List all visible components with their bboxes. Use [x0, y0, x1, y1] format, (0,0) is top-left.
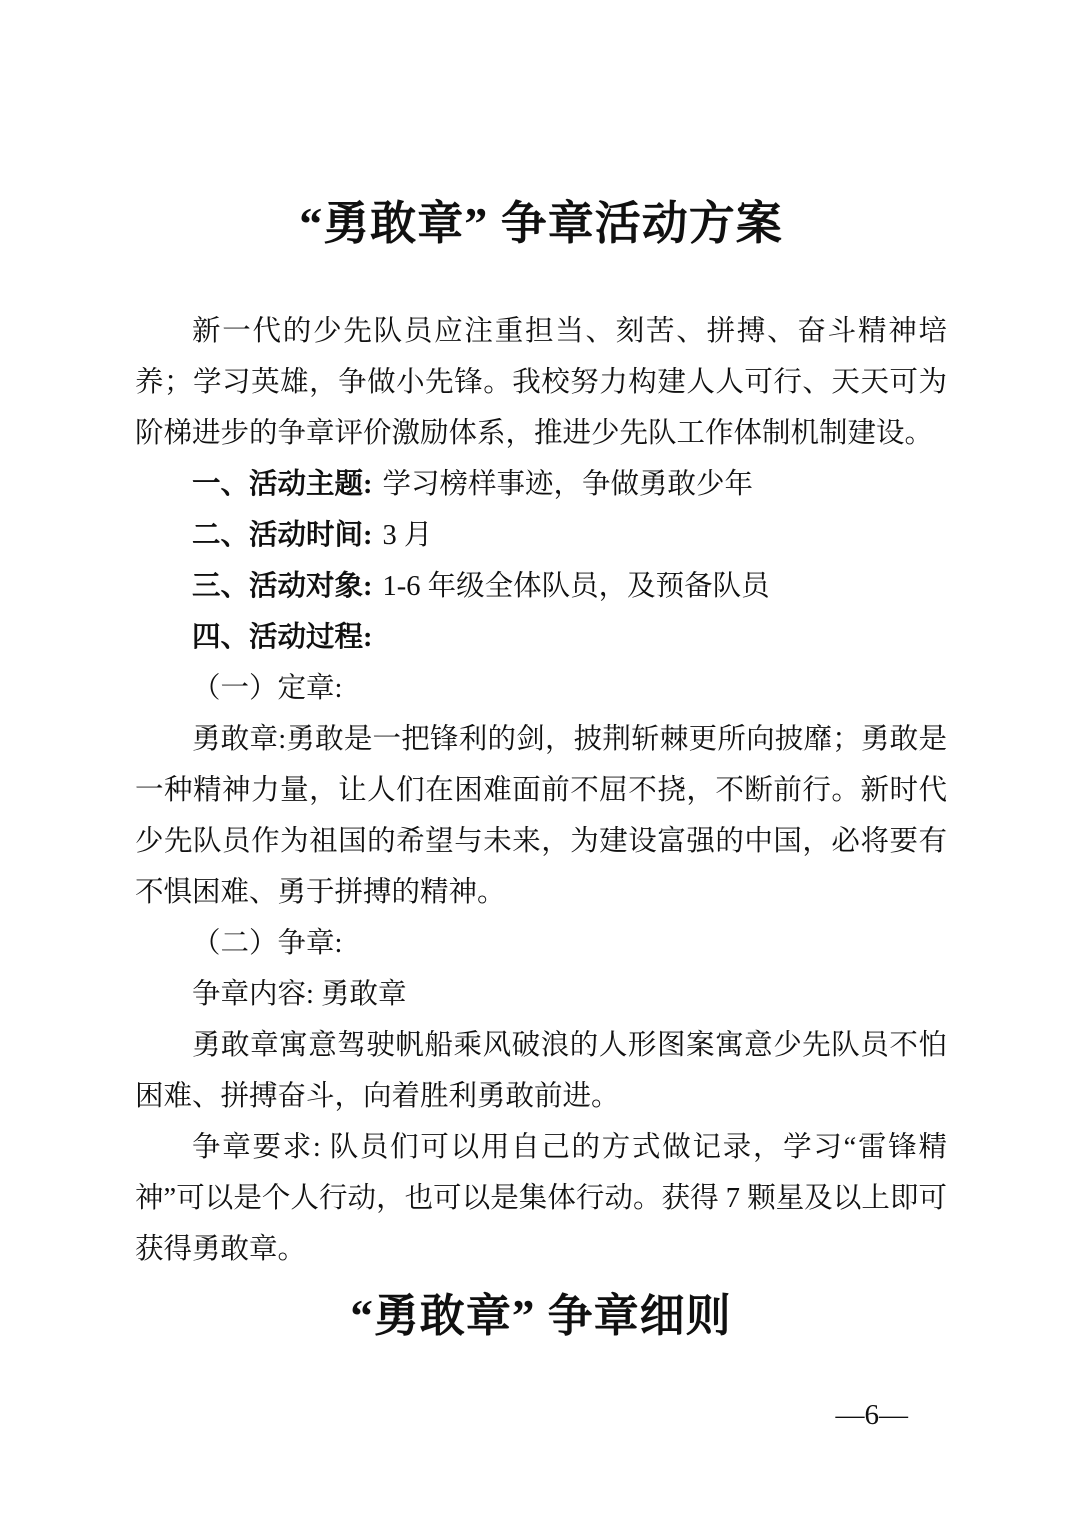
- item-value: 学习榜样事迹，争做勇敢少年: [382, 469, 753, 500]
- section-heading-zhengzhang: （二）争章:: [135, 918, 947, 969]
- item-label: 一、活动主题:: [192, 469, 373, 500]
- item-label: 四、活动过程:: [192, 622, 373, 653]
- item-label: 三、活动对象:: [192, 571, 373, 602]
- section-dingzhang-paragraph: 勇敢章:勇敢是一把锋利的剑，披荆斩棘更所向披靡；勇敢是一种精神力量，让人们在困难…: [135, 714, 947, 918]
- intro-paragraph: 新一代的少先队员应注重担当、刻苦、拼搏、奋斗精神培养；学习英雄，争做小先锋。我校…: [135, 306, 947, 459]
- section-heading-dingzhang: （一）定章:: [135, 663, 947, 714]
- zhengzhang-meaning-paragraph: 勇敢章寓意驾驶帆船乘风破浪的人形图案寓意少先队员不怕困难、拼搏奋斗，向着胜利勇敢…: [135, 1020, 947, 1122]
- list-item-theme: 一、活动主题:学习榜样事迹，争做勇敢少年: [135, 459, 947, 510]
- document-body: 新一代的少先队员应注重担当、刻苦、拼搏、奋斗精神培养；学习英雄，争做小先锋。我校…: [135, 306, 947, 1275]
- rules-section-title: “勇敢章” 争章细则: [135, 1287, 947, 1345]
- page-number: —6—: [836, 1398, 909, 1432]
- list-item-target: 三、活动对象:1-6 年级全体队员，及预备队员: [135, 561, 947, 612]
- item-label: 二、活动时间:: [192, 520, 373, 551]
- item-value: 1-6 年级全体队员，及预备队员: [382, 571, 769, 602]
- page-title: “勇敢章” 争章活动方案: [135, 196, 947, 252]
- list-item-process: 四、活动过程:: [135, 612, 947, 663]
- item-value: 3 月: [382, 520, 432, 551]
- zhengzhang-content-line: 争章内容: 勇敢章: [135, 969, 947, 1020]
- list-item-time: 二、活动时间:3 月: [135, 510, 947, 561]
- document-content: “勇敢章” 争章活动方案 新一代的少先队员应注重担当、刻苦、拼搏、奋斗精神培养；…: [135, 0, 947, 1345]
- document-page: “勇敢章” 争章活动方案 新一代的少先队员应注重担当、刻苦、拼搏、奋斗精神培养；…: [0, 0, 1080, 1527]
- zhengzhang-requirement-paragraph: 争章要求: 队员们可以用自己的方式做记录，学习“雷锋精神”可以是个人行动，也可以…: [135, 1122, 947, 1275]
